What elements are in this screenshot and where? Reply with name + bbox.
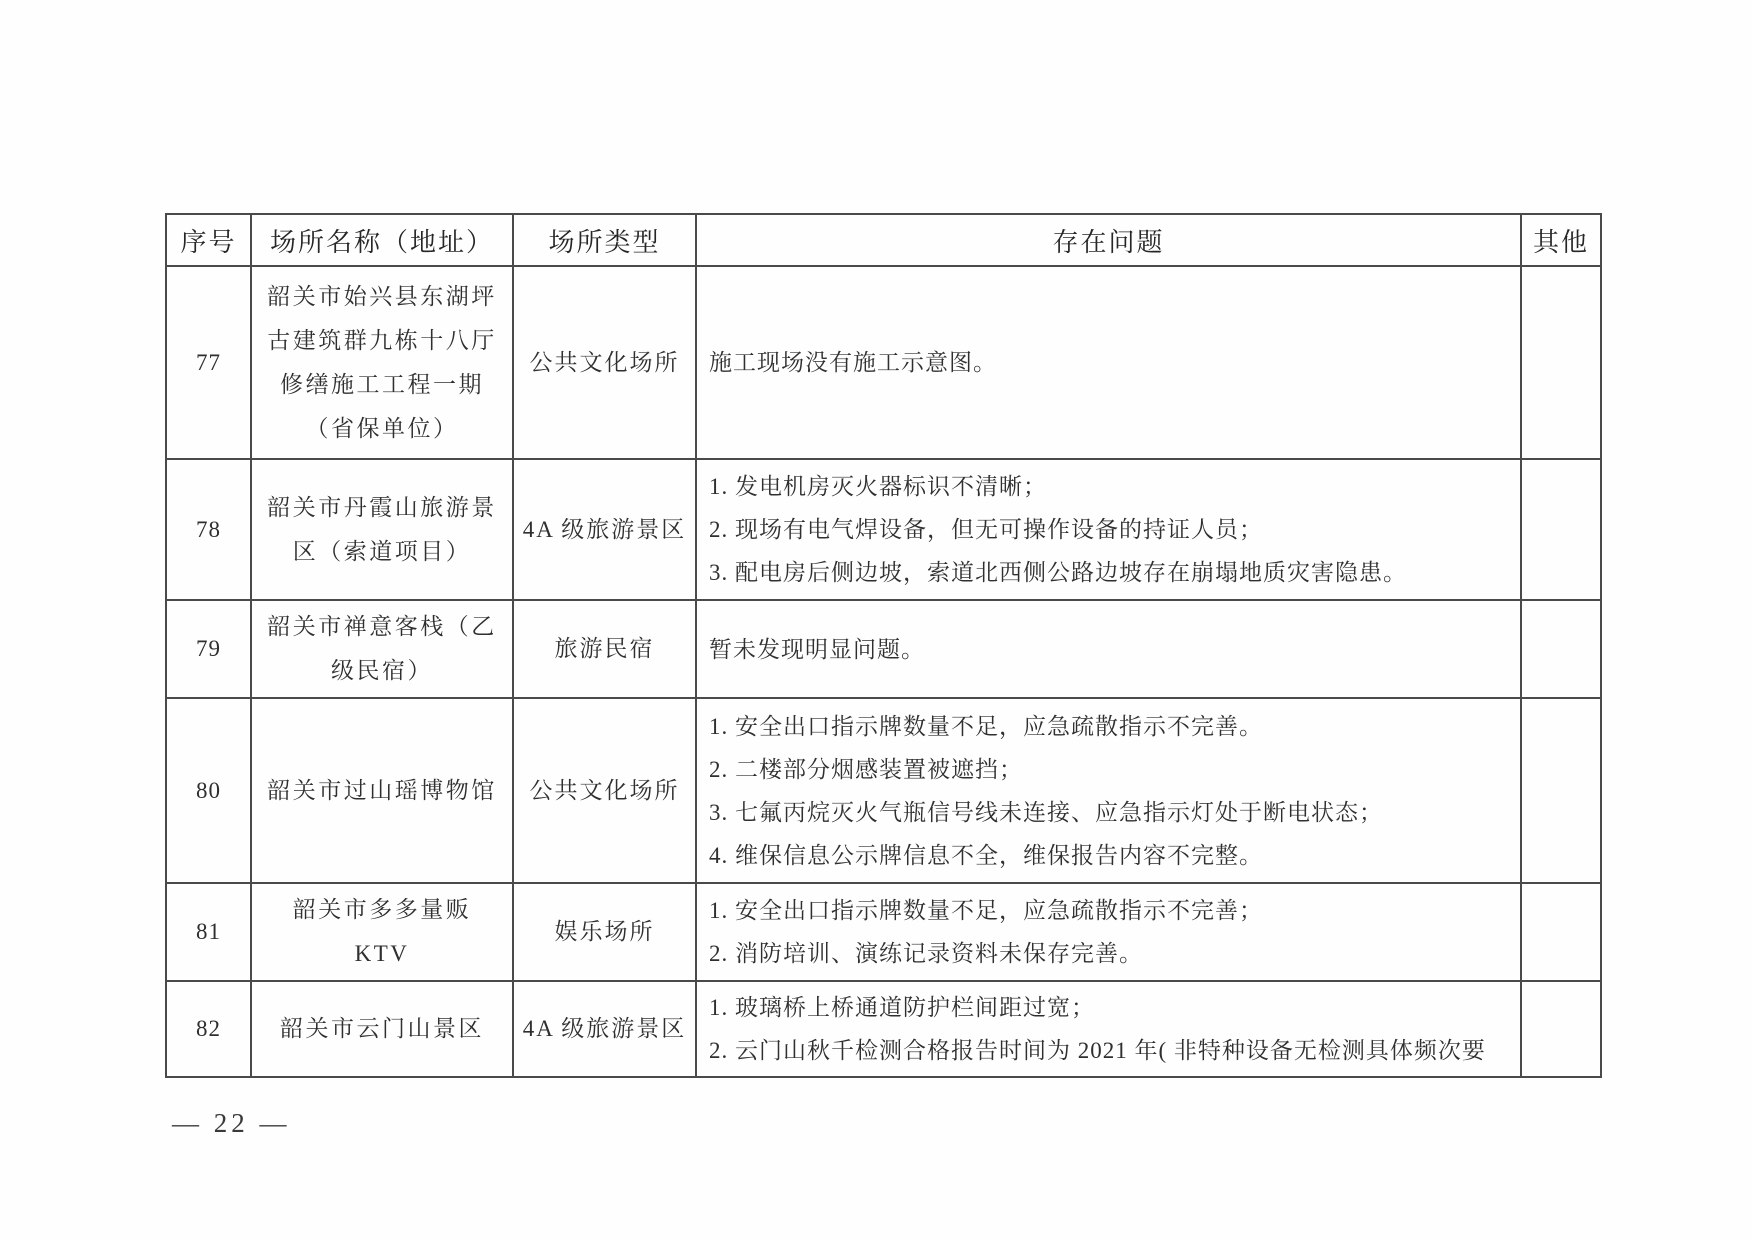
problem-line: 施工现场没有施工示意图。	[709, 341, 1510, 384]
column-header-name: 场所名称（地址）	[251, 214, 513, 266]
cell-other	[1521, 459, 1601, 600]
cell-place-type: 娱乐场所	[513, 883, 696, 981]
table-row: 82 韶关市云门山景区 4A 级旅游景区 1. 玻璃桥上桥通道防护栏间距过宽；2…	[166, 981, 1601, 1077]
page-number: — 22 —	[172, 1108, 291, 1139]
table-row: 81 韶关市多多量贩 KTV 娱乐场所 1. 安全出口指示牌数量不足，应急疏散指…	[166, 883, 1601, 981]
column-header-problems: 存在问题	[696, 214, 1521, 266]
cell-problems: 1. 发电机房灭火器标识不清晰；2. 现场有电气焊设备，但无可操作设备的持证人员…	[696, 459, 1521, 600]
cell-other	[1521, 883, 1601, 981]
document-page: 序号 场所名称（地址） 场所类型 存在问题 其他 77 韶关市始兴县东湖坪古建筑…	[0, 0, 1752, 1240]
cell-place-type: 4A 级旅游景区	[513, 981, 696, 1077]
cell-serial-number: 79	[166, 600, 251, 698]
column-header-type: 场所类型	[513, 214, 696, 266]
cell-serial-number: 81	[166, 883, 251, 981]
problem-line: 暂未发现明显问题。	[709, 628, 1510, 671]
cell-place-type: 公共文化场所	[513, 266, 696, 459]
table-row: 80 韶关市过山瑶博物馆 公共文化场所 1. 安全出口指示牌数量不足，应急疏散指…	[166, 698, 1601, 883]
problem-line: 2. 二楼部分烟感装置被遮挡；	[709, 748, 1510, 791]
problem-line: 2. 消防培训、演练记录资料未保存完善。	[709, 932, 1510, 975]
cell-other	[1521, 981, 1601, 1077]
problem-line: 2. 现场有电气焊设备，但无可操作设备的持证人员；	[709, 508, 1510, 551]
cell-other	[1521, 266, 1601, 459]
cell-place-type: 公共文化场所	[513, 698, 696, 883]
cell-place-name: 韶关市禅意客栈（乙级民宿）	[251, 600, 513, 698]
cell-problems: 施工现场没有施工示意图。	[696, 266, 1521, 459]
cell-problems: 1. 玻璃桥上桥通道防护栏间距过宽；2. 云门山秋千检测合格报告时间为 2021…	[696, 981, 1521, 1077]
cell-place-name: 韶关市丹霞山旅游景区（索道项目）	[251, 459, 513, 600]
cell-other	[1521, 600, 1601, 698]
problem-line: 1. 发电机房灭火器标识不清晰；	[709, 465, 1510, 508]
column-header-serial: 序号	[166, 214, 251, 266]
cell-other	[1521, 698, 1601, 883]
cell-place-type: 旅游民宿	[513, 600, 696, 698]
table-row: 77 韶关市始兴县东湖坪古建筑群九栋十八厅修缮施工工程一期（省保单位） 公共文化…	[166, 266, 1601, 459]
inspection-table: 序号 场所名称（地址） 场所类型 存在问题 其他 77 韶关市始兴县东湖坪古建筑…	[165, 213, 1602, 1078]
table-header-row: 序号 场所名称（地址） 场所类型 存在问题 其他	[166, 214, 1601, 266]
cell-place-name: 韶关市过山瑶博物馆	[251, 698, 513, 883]
column-header-other: 其他	[1521, 214, 1601, 266]
cell-problems: 1. 安全出口指示牌数量不足，应急疏散指示不完善。2. 二楼部分烟感装置被遮挡；…	[696, 698, 1521, 883]
problem-line: 1. 安全出口指示牌数量不足，应急疏散指示不完善；	[709, 889, 1510, 932]
problem-line: 3. 配电房后侧边坡，索道北西侧公路边坡存在崩塌地质灾害隐患。	[709, 551, 1510, 594]
cell-problems: 1. 安全出口指示牌数量不足，应急疏散指示不完善；2. 消防培训、演练记录资料未…	[696, 883, 1521, 981]
problem-line: 3. 七氟丙烷灭火气瓶信号线未连接、应急指示灯处于断电状态；	[709, 791, 1510, 834]
cell-problems: 暂未发现明显问题。	[696, 600, 1521, 698]
problem-line: 2. 云门山秋千检测合格报告时间为 2021 年( 非特种设备无检测具体频次要	[709, 1029, 1510, 1072]
table-row: 79 韶关市禅意客栈（乙级民宿） 旅游民宿 暂未发现明显问题。	[166, 600, 1601, 698]
problem-line: 1. 安全出口指示牌数量不足，应急疏散指示不完善。	[709, 705, 1510, 748]
problem-line: 4. 维保信息公示牌信息不全，维保报告内容不完整。	[709, 834, 1510, 877]
cell-place-name: 韶关市多多量贩 KTV	[251, 883, 513, 981]
cell-serial-number: 80	[166, 698, 251, 883]
cell-serial-number: 78	[166, 459, 251, 600]
cell-place-type: 4A 级旅游景区	[513, 459, 696, 600]
table-row: 78 韶关市丹霞山旅游景区（索道项目） 4A 级旅游景区 1. 发电机房灭火器标…	[166, 459, 1601, 600]
cell-place-name: 韶关市云门山景区	[251, 981, 513, 1077]
cell-serial-number: 82	[166, 981, 251, 1077]
cell-serial-number: 77	[166, 266, 251, 459]
problem-line: 1. 玻璃桥上桥通道防护栏间距过宽；	[709, 986, 1510, 1029]
cell-place-name: 韶关市始兴县东湖坪古建筑群九栋十八厅修缮施工工程一期（省保单位）	[251, 266, 513, 459]
